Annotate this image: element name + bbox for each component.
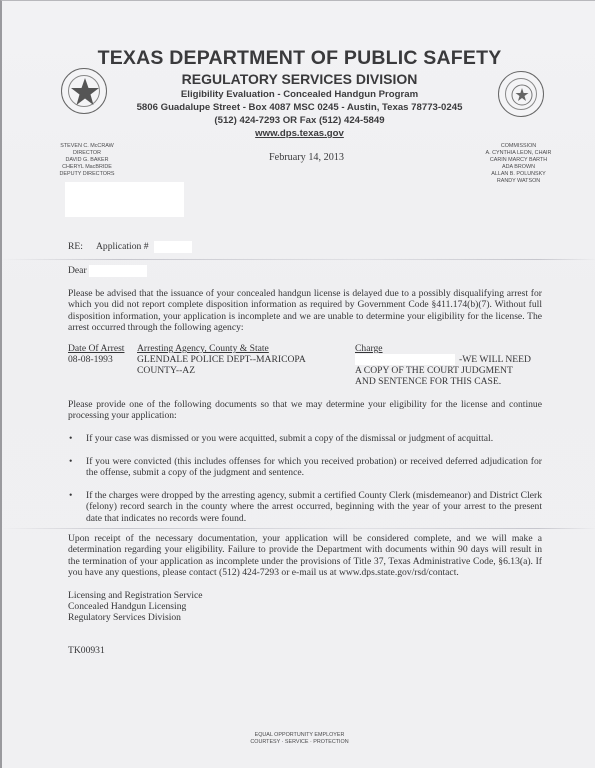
footer-line: COURTESY · SERVICE · PROTECTION: [2, 739, 595, 746]
paper-fold-line: [2, 259, 595, 260]
redacted-recipient-address: [65, 182, 184, 217]
list-item: If the charges were dropped by the arres…: [86, 490, 542, 524]
signature-line: Regulatory Services Division: [68, 612, 181, 623]
texas-state-seal-icon: [498, 71, 544, 117]
header-charge: Charge: [355, 343, 383, 354]
arresting-agency: GLENDALE POLICE DEPT--MARICOPA: [137, 354, 306, 365]
commission-line: ADA BROWN: [466, 164, 571, 171]
director-line: CHERYL MacBRIDE: [42, 164, 132, 171]
charge-note: -WE WILL NEED: [459, 354, 531, 365]
director-line: DEPUTY DIRECTORS: [42, 171, 132, 178]
list-item: If your case was dismissed or you were a…: [86, 433, 542, 444]
reference-code: TK00931: [68, 645, 105, 656]
closing-paragraph: Upon receipt of the necessary documentat…: [68, 533, 542, 578]
bullet-icon: •: [69, 490, 72, 501]
charge-note: A COPY OF THE COURT JUDGMENT: [355, 365, 513, 376]
signature-line: Concealed Handgun Licensing: [68, 601, 186, 612]
director-line: DAVID G. BAKER: [42, 157, 132, 164]
bullet-icon: •: [69, 433, 72, 444]
directors-list: STEVEN C. McCRAW DIRECTOR DAVID G. BAKER…: [42, 143, 132, 178]
charge-note: AND SENTENCE FOR THIS CASE.: [355, 376, 501, 387]
dps-star-seal-icon: [61, 68, 107, 114]
bullet-icon: •: [69, 456, 72, 467]
redacted-charge: [355, 354, 455, 365]
list-item: If you were convicted (this includes off…: [86, 456, 542, 479]
commission-line: COMMISSION: [466, 143, 571, 150]
commission-line: A. CYNTHIA LEON, CHAIR: [466, 150, 571, 157]
arresting-agency-county: COUNTY--AZ: [137, 365, 195, 376]
commission-list: COMMISSION A. CYNTHIA LEON, CHAIR CARIN …: [466, 143, 571, 184]
re-label: RE:: [68, 241, 83, 252]
director-line: DIRECTOR: [42, 150, 132, 157]
header-date-of-arrest: Date Of Arrest: [68, 343, 124, 354]
paper-fold-line: [2, 528, 595, 529]
commission-line: ALLAN B. POLUNSKY: [466, 171, 571, 178]
director-line: STEVEN C. McCRAW: [42, 143, 132, 150]
redacted-recipient-name: [89, 265, 147, 277]
letter-page: TEXAS DEPARTMENT OF PUBLIC SAFETY REGULA…: [0, 0, 595, 768]
signature-line: Licensing and Registration Service: [68, 590, 203, 601]
redacted-application-number: [154, 241, 192, 253]
footer-line: EQUAL OPPORTUNITY EMPLOYER: [2, 732, 595, 739]
letterhead-title: TEXAS DEPARTMENT OF PUBLIC SAFETY: [2, 47, 595, 70]
letter-date: February 14, 2013: [269, 152, 344, 163]
commission-line: RANDY WATSON: [466, 178, 571, 185]
intro-paragraph: Please be advised that the issuance of y…: [68, 288, 542, 333]
salutation: Dear: [68, 265, 87, 276]
letterhead-website: www.dps.texas.gov: [2, 128, 595, 139]
commission-line: CARIN MARCY BARTH: [466, 157, 571, 164]
footer: EQUAL OPPORTUNITY EMPLOYER COURTESY · SE…: [2, 732, 595, 745]
application-label: Application #: [96, 241, 149, 252]
header-arresting-agency: Arresting Agency, County & State: [137, 343, 269, 354]
arrest-date: 08-08-1993: [68, 354, 113, 365]
request-paragraph: Please provide one of the following docu…: [68, 399, 542, 422]
